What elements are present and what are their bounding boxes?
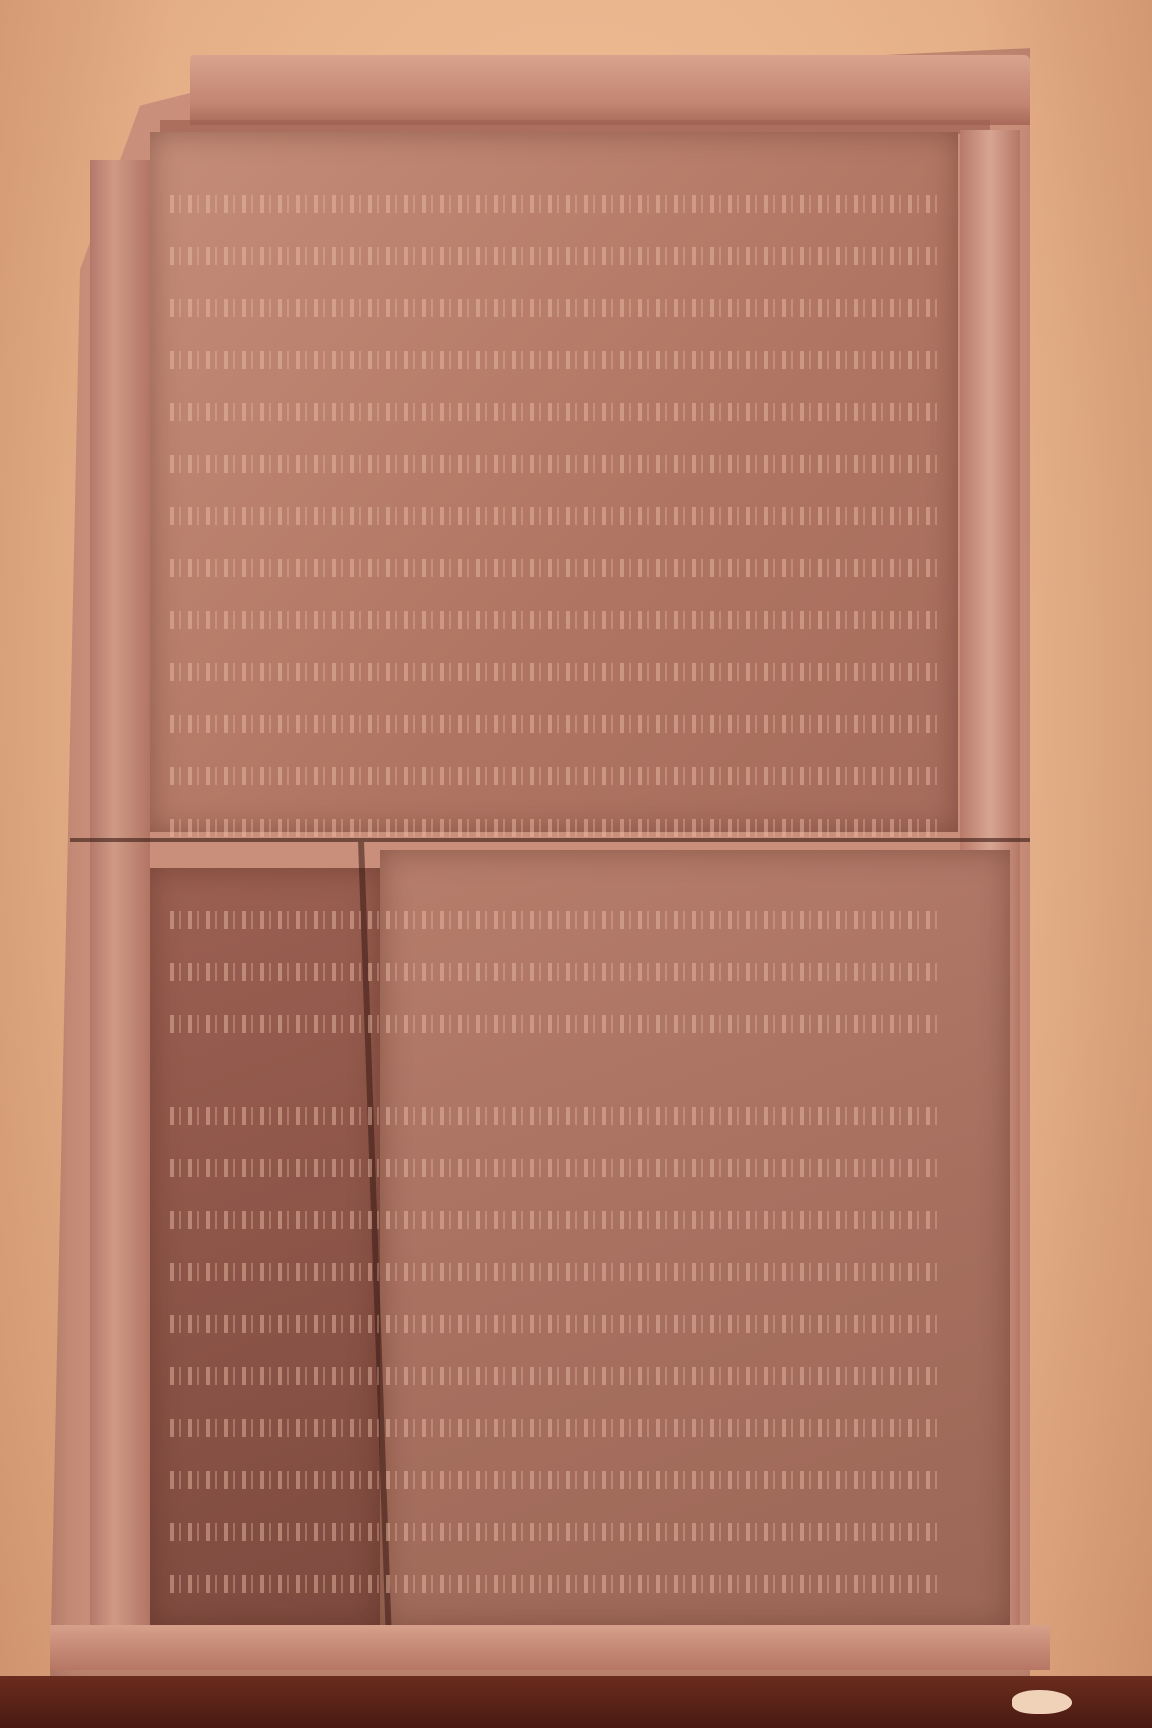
inscription-line	[170, 1503, 940, 1555]
inscription-line	[170, 591, 940, 643]
inscription-line	[170, 227, 940, 279]
inscription-line	[170, 643, 940, 695]
inscription-line	[170, 331, 940, 383]
inscription-line	[170, 435, 940, 487]
inscription-line	[170, 1087, 940, 1139]
inscription-line	[170, 1191, 940, 1243]
frame-base	[50, 1625, 1050, 1670]
inscription-line	[170, 1555, 940, 1607]
inscription-text: REQUIESCAT IN PACE AMEN	[170, 175, 940, 1635]
inscription-line	[170, 995, 940, 1047]
panel-gap	[170, 851, 940, 891]
inscription-line	[170, 1451, 940, 1503]
inscription-line	[170, 175, 940, 227]
inscription-line	[170, 943, 940, 995]
inscription-line	[170, 487, 940, 539]
inscription-line	[170, 383, 940, 435]
inscription-line	[170, 1295, 940, 1347]
frame-cornice	[190, 55, 1030, 125]
inscription-line	[170, 799, 940, 851]
inscription-line	[170, 539, 940, 591]
inscription-line	[170, 1347, 940, 1399]
inscription-line	[170, 891, 940, 943]
left-frame-post	[90, 160, 150, 1640]
wooden-shelf	[0, 1676, 1152, 1728]
inscription-line	[170, 747, 940, 799]
stone-fragment	[1012, 1690, 1072, 1714]
inscription-line	[170, 279, 940, 331]
paragraph-gap	[170, 1047, 940, 1087]
inscription-line	[170, 1399, 940, 1451]
inscription-line	[170, 1139, 940, 1191]
inscription-line	[170, 695, 940, 747]
inscription-line	[170, 1243, 940, 1295]
